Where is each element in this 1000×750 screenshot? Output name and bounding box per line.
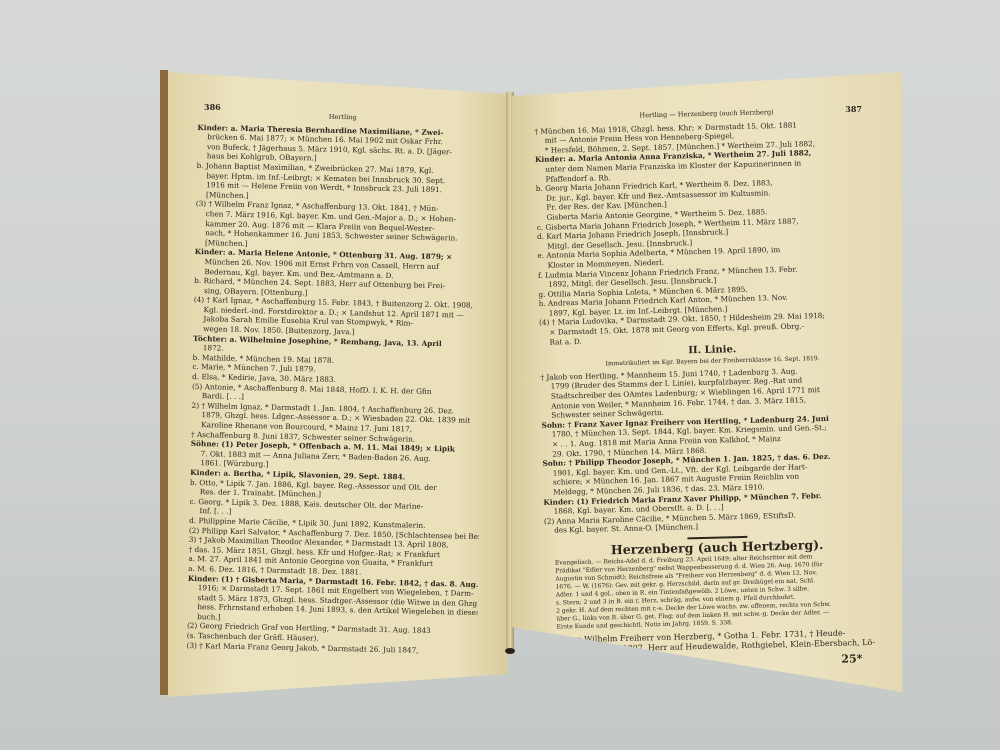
right-page: 387 Hertling — Herzenberg (auch Herzberg… (512, 72, 902, 692)
spine-thread-knot (505, 648, 515, 654)
left-page-text: Hertling Kinder: a. Maria Theresia Bernh… (186, 100, 487, 656)
signature-mark: 25* (547, 653, 892, 671)
herzenberg-paragraph: Evangelisch. — Reichs-Adel d. d. Freibur… (545, 551, 892, 631)
herzenberg-entry: † Johann Wilhelm Freiherr von Herzberg, … (547, 627, 892, 655)
left-page: 386 Hertling Kinder: a. Maria Theresia B… (168, 72, 508, 697)
linie-lines: † Jakob von Hertling, * Mannheim 15. Jun… (540, 364, 889, 535)
right-page-text: Hertling — Herzenberg (auch Herzberg) † … (534, 106, 893, 671)
right-page-top-lines: † München 16. Mai 1918, Ghzgl. hess. Khr… (534, 118, 884, 347)
open-book: 386 Hertling Kinder: a. Maria Theresia B… (0, 0, 1000, 750)
left-page-lines: Kinder: a. Maria Theresia Bernhardine Ma… (186, 123, 487, 657)
book-cover-edge (160, 70, 168, 695)
